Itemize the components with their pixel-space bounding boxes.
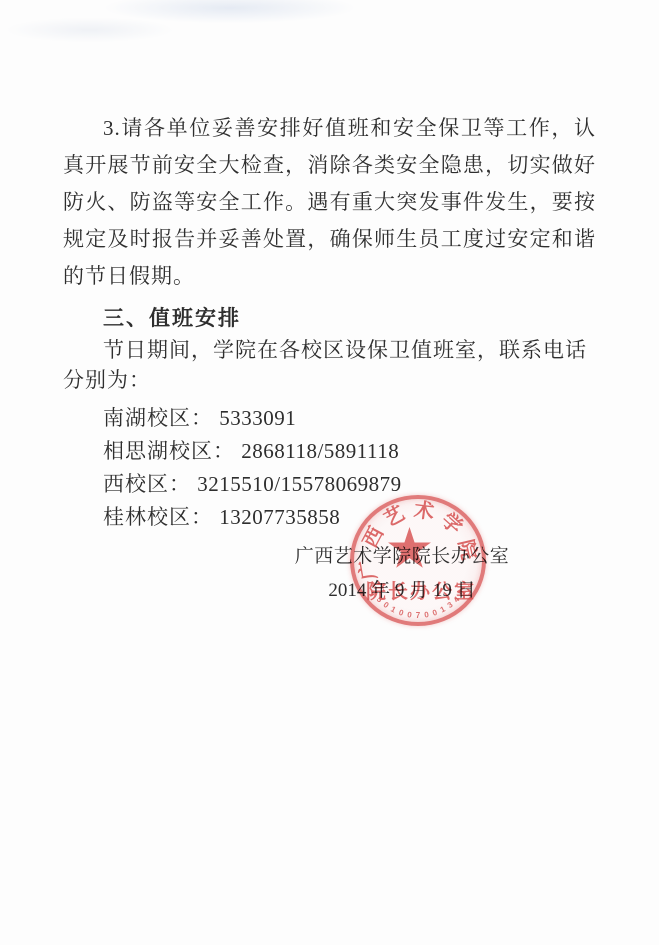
duty-phone-list: 南湖校区： 5333091 相思湖校区： 2868118/5891118 西校区… — [63, 402, 596, 534]
section-intro-duty-rooms: 节日期间，学院在各校区设保卫值班室，联系电话分别为： — [63, 335, 596, 395]
campus-label: 桂林校区： — [103, 505, 219, 529]
duty-phone-nanhu: 南湖校区： 5333091 — [103, 402, 596, 435]
campus-label: 相思湖校区： — [103, 439, 241, 463]
phone-number: 13207735858 — [219, 505, 340, 529]
duty-phone-xiangsihu: 相思湖校区： 2868118/5891118 — [103, 435, 596, 468]
phone-number: 2868118/5891118 — [241, 439, 399, 463]
paragraph-safety-arrangements: 3.请各单位妥善安排好值班和安全保卫等工作，认真开展节前安全大检查，消除各类安全… — [63, 110, 596, 295]
section-heading-duty-schedule: 三、值班安排 — [103, 305, 596, 331]
phone-number: 3215510/15578069879 — [197, 472, 401, 496]
phone-number: 5333091 — [219, 406, 296, 430]
scan-artifact — [0, 0, 480, 70]
official-seal: 广西艺术学院 院长办公室 4501007001349 — [350, 495, 486, 626]
document-body: 3.请各单位妥善安排好值班和安全保卫等工作，认真开展节前安全大检查，消除各类安全… — [63, 110, 596, 534]
campus-label: 南湖校区： — [103, 406, 219, 430]
campus-label: 西校区： — [103, 472, 197, 496]
scanned-document-page: 3.请各单位妥善安排好值班和安全保卫等工作，认真开展节前安全大检查，消除各类安全… — [0, 0, 659, 945]
seal-serial-number: 4501007001349 — [350, 495, 486, 626]
